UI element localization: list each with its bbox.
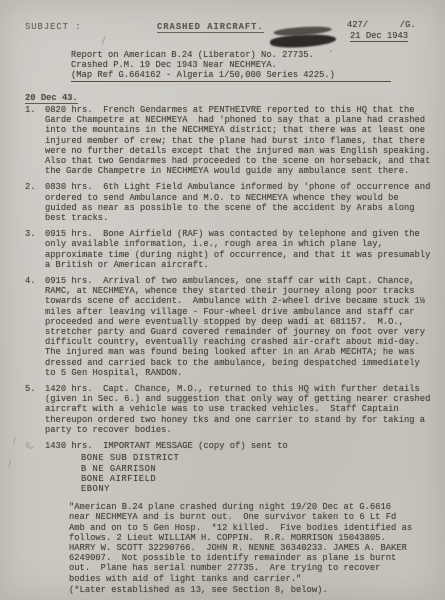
handwritten-mark bbox=[8, 460, 11, 468]
entry-number: 2. bbox=[25, 182, 45, 223]
entry-text: 0830 hrs. 6th Light Field Ambulance info… bbox=[45, 182, 432, 223]
entry-number: 6. bbox=[25, 441, 45, 451]
entry-number: 5. bbox=[25, 384, 45, 435]
log-entry-1: 1. 0820 hrs. French Gendarmes at PENTHEI… bbox=[25, 105, 432, 176]
log-entry-6: 6. 1430 hrs. IMPORTANT MESSAGE (copy of)… bbox=[25, 441, 432, 451]
entry-number: 3. bbox=[25, 229, 45, 270]
entry-text: 0915 hrs. Bone Airfield (RAF) was contac… bbox=[45, 229, 432, 270]
entry-number: 1. bbox=[25, 105, 45, 176]
report-line-crash: Crashed P.M. 19 Dec 1943 Near NECHMEYA. bbox=[71, 60, 391, 70]
message-footnote: (*Later established as 13, see Section 8… bbox=[69, 585, 417, 595]
log-entry-2: 2. 0830 hrs. 6th Light Field Ambulance i… bbox=[25, 182, 432, 223]
scanned-document-page: SUBJECT : CRASHED AIRCRAFT. 427/ /G. 21 … bbox=[0, 0, 445, 600]
recipient-line: BONE AIRFIELD bbox=[81, 474, 432, 484]
handwritten-mark bbox=[30, 447, 32, 449]
document-date: 21 Dec 1943 bbox=[350, 31, 408, 42]
handwritten-mark bbox=[102, 36, 106, 45]
report-line-aircraft: Report on American B.24 (Liberator) No. … bbox=[71, 50, 391, 60]
entry-text: 0915 hrs. Arrival of two ambulances, one… bbox=[45, 276, 432, 378]
entry-number: 4. bbox=[25, 276, 45, 378]
log-entry-3: 3. 0915 hrs. Bone Airfield (RAF) was con… bbox=[25, 229, 432, 270]
document-title: CRASHED AIRCRAFT. bbox=[157, 22, 264, 33]
entry-text: 1420 hrs. Capt. Chance, M.O., returned t… bbox=[45, 384, 432, 435]
log-entries: 1. 0820 hrs. French Gendarmes at PENTHEI… bbox=[25, 105, 432, 596]
report-identification-block: Report on American B.24 (Liberator) No. … bbox=[71, 50, 391, 82]
ink-stamp-icon bbox=[270, 25, 339, 51]
report-line-mapref: (Map Ref G.664162 - Algeria 1/50,000 Ser… bbox=[71, 70, 391, 81]
recipients-list: BONE SUB DISTRICT B NE GARRISON BONE AIR… bbox=[81, 453, 432, 494]
section-date-heading: 20 Dec 43. bbox=[25, 93, 78, 104]
handwritten-mark bbox=[13, 437, 16, 444]
recipient-line: B NE GARRISON bbox=[81, 464, 432, 474]
recipient-line: EBONY bbox=[81, 484, 432, 494]
recipient-line: BONE SUB DISTRICT bbox=[81, 453, 432, 463]
entry-text: 1430 hrs. IMPORTANT MESSAGE (copy of) se… bbox=[45, 441, 432, 451]
entry-text: 0820 hrs. French Gendarmes at PENTHEIVRE… bbox=[45, 105, 432, 176]
log-entry-4: 4. 0915 hrs. Arrival of two ambulances, … bbox=[25, 276, 432, 378]
reference-number: 427/ /G. bbox=[347, 20, 416, 30]
handwritten-mark bbox=[330, 50, 332, 52]
log-entry-5: 5. 1420 hrs. Capt. Chance, M.O., returne… bbox=[25, 384, 432, 435]
quoted-message: "American B.24 plane crashed during nigh… bbox=[69, 502, 417, 584]
subject-label: SUBJECT : bbox=[25, 22, 82, 32]
ink-stamp-smudge-bottom bbox=[270, 33, 337, 48]
